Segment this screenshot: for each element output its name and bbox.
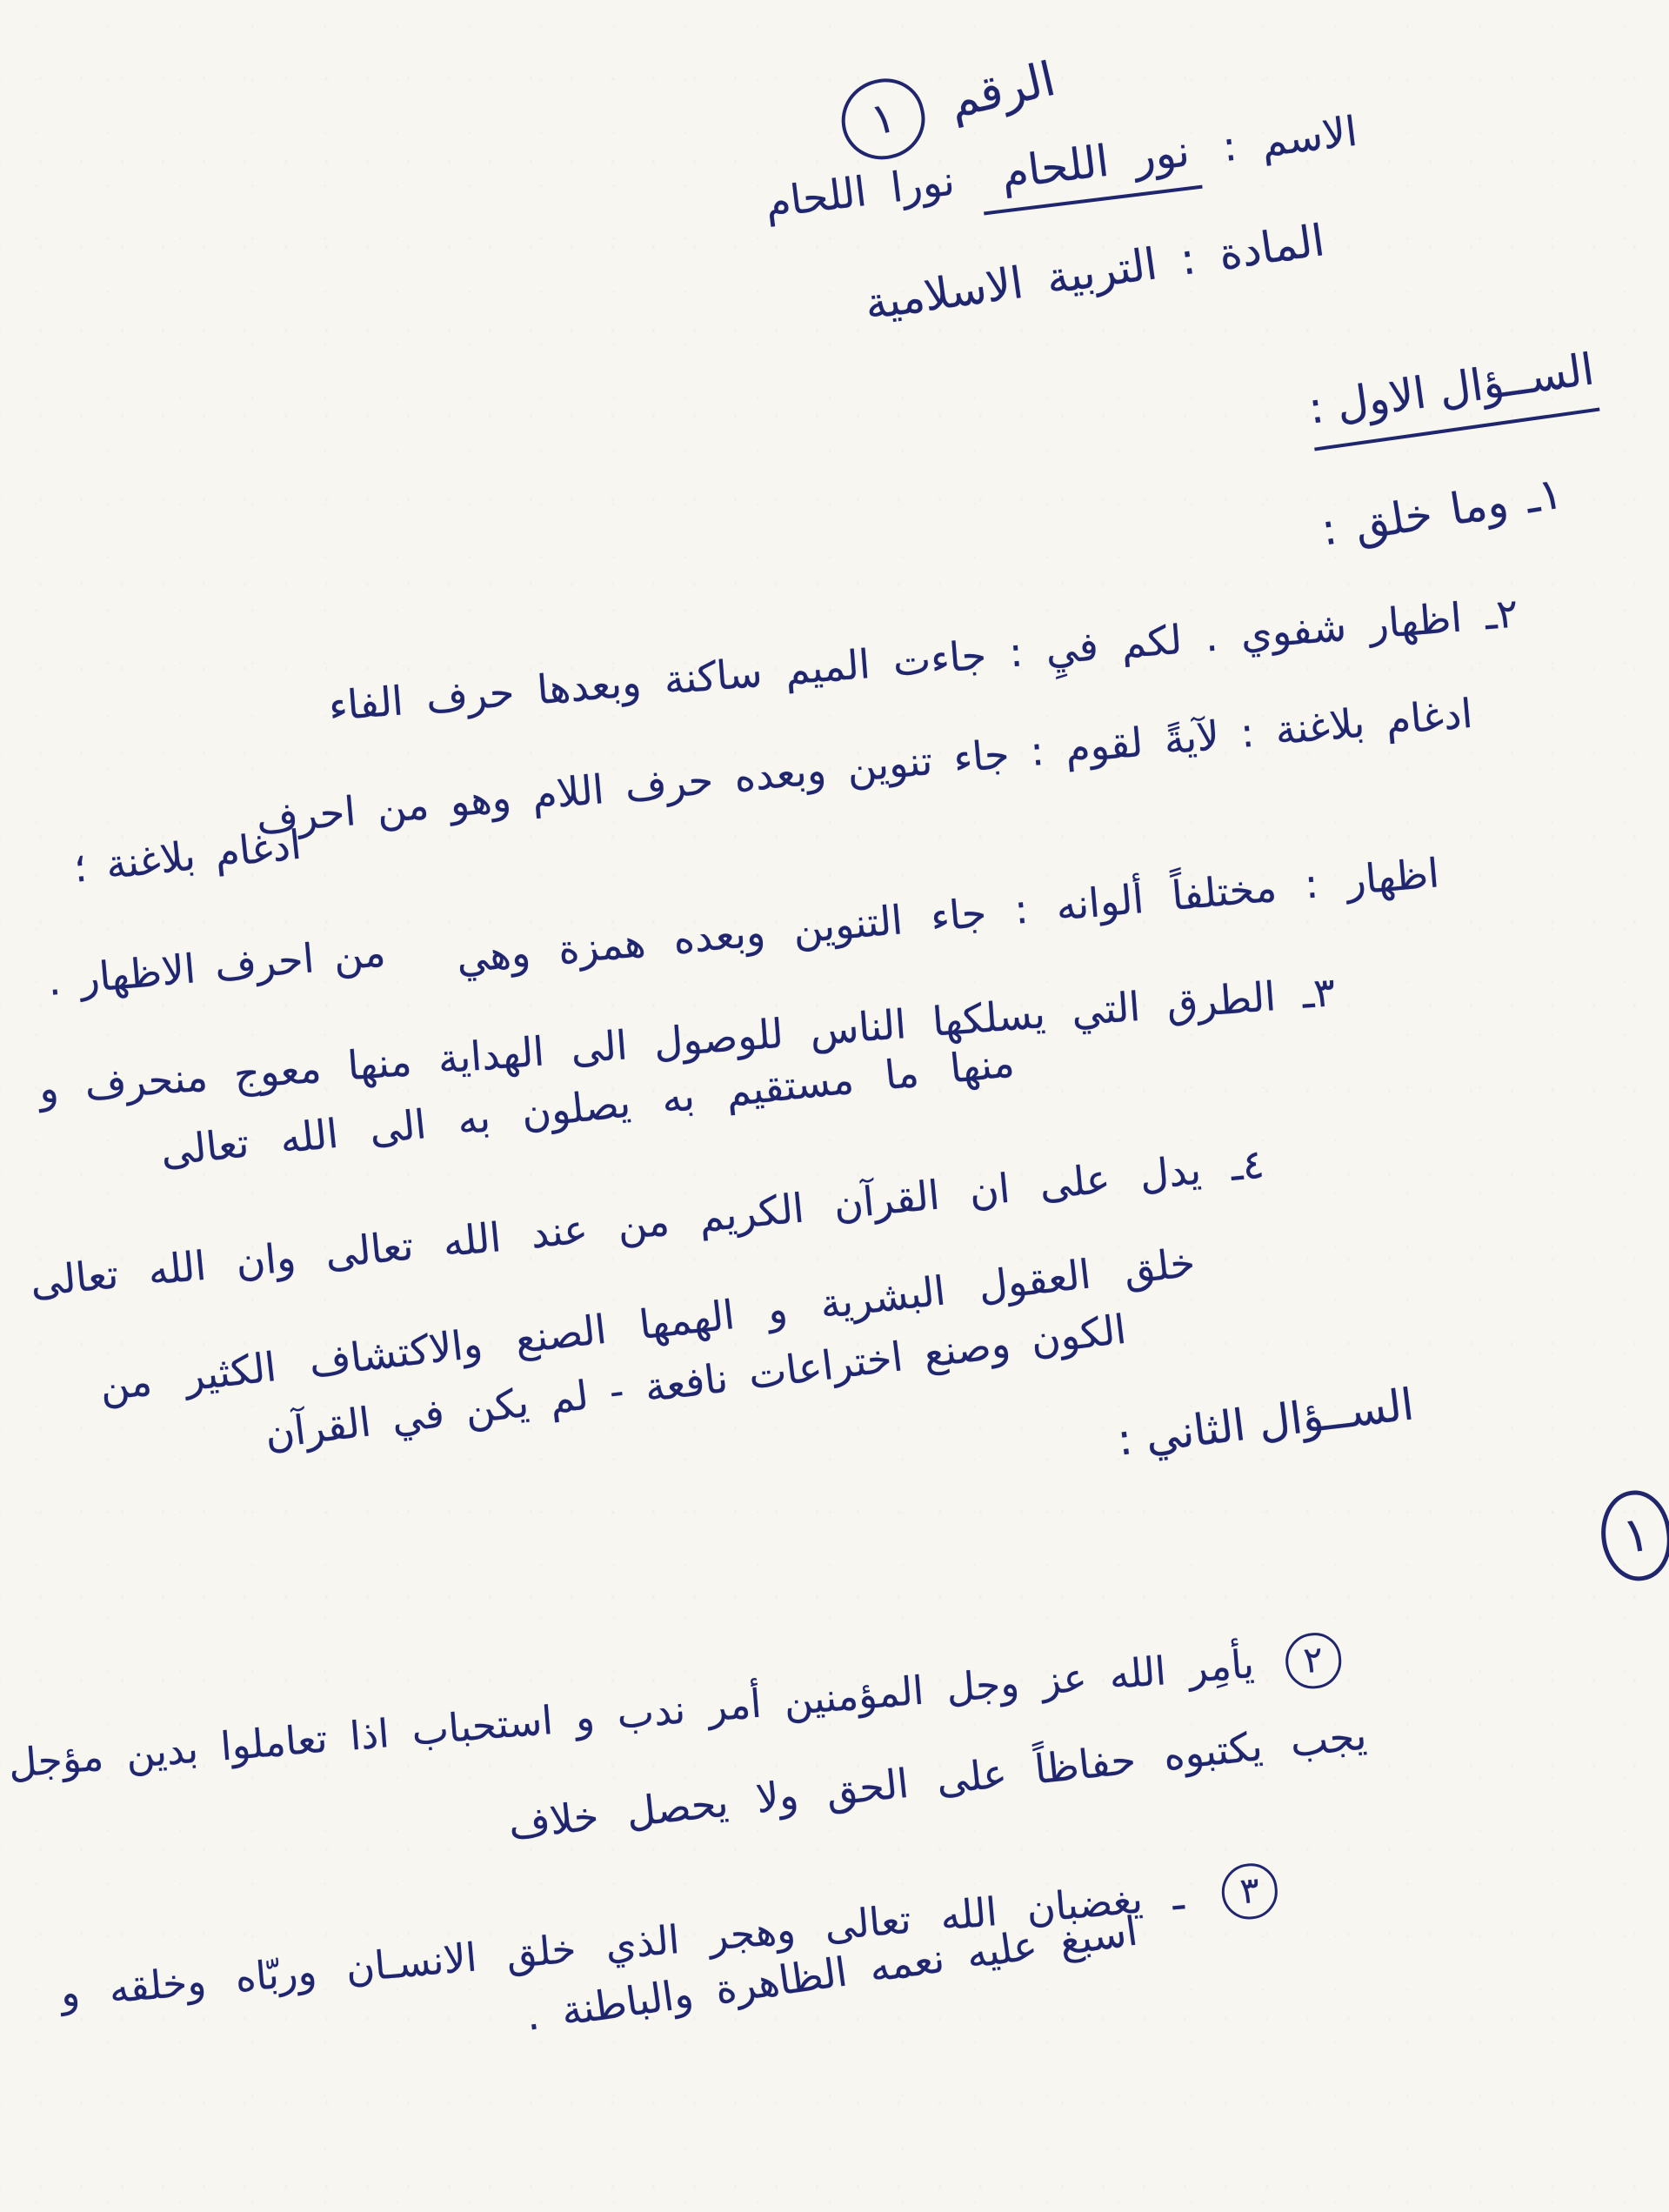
q2-marker1-line: ١ — [1583, 1484, 1669, 1588]
q1-item2-izhar-line2: من احرف الاظهار . — [46, 929, 388, 1005]
question2-title: الســؤال الثاني : — [1114, 1380, 1416, 1466]
q1-item2-idgham-line2: ادغام بلاغنة ؛ — [71, 822, 304, 892]
name-label: الاسم : — [1220, 108, 1360, 172]
question1-title: الســؤال الاول : — [1305, 344, 1597, 434]
subject-line: المادة : التربية الاسلامية — [862, 216, 1328, 330]
q1-item1-line: ١ـ وما خلق : — [1319, 469, 1566, 556]
circled-answer-2: ٢ — [1283, 1631, 1343, 1691]
circled-answer-3: ٣ — [1219, 1861, 1279, 1921]
circled-number-1: ١ — [833, 70, 932, 167]
name-repeated: نورا اللحام — [763, 157, 958, 228]
number-label: الرقم — [944, 51, 1060, 129]
circled-answer-1: ١ — [1595, 1486, 1669, 1586]
question1-title-text: الســؤال الاول : — [1305, 344, 1599, 451]
q1-item2-izhar-line1: اظهار : مختلفاً ألوانه : جاء التنوين وبع… — [455, 850, 1441, 982]
name-signature-underlined: نور اللحام — [976, 124, 1202, 215]
handwritten-exam-page: الرقم ١ الاسم : نور اللحام نورا اللحام ا… — [0, 0, 1669, 2212]
